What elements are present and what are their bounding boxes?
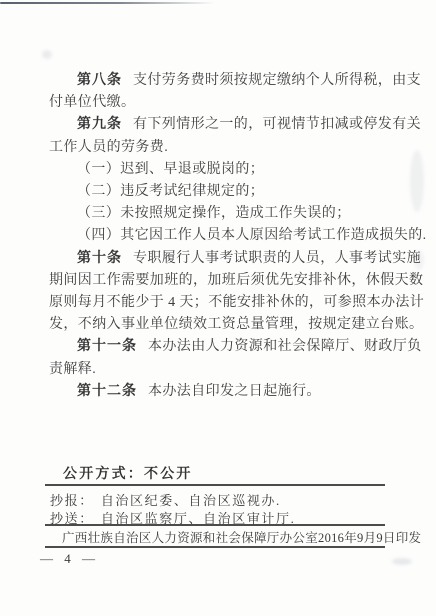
text-line: 本办法由人力资源和社会保障厅、财政厅负 xyxy=(148,339,422,354)
scan-smudge xyxy=(42,50,52,59)
text-line: 原则每月不能少于 4 天；不能安排补休的，可参照本办法计 xyxy=(49,295,424,310)
article-number: 第十一条 xyxy=(77,339,137,354)
footer-divider-bottom xyxy=(45,546,385,548)
scan-smudge xyxy=(392,558,412,565)
scanned-document-page: 第八条支付劳务费时须按规定缴纳个人所得税，由支 付单位代缴。 第九条有下列情形之… xyxy=(0,0,436,616)
article-10-line: 第十条专职履行人事考试职责的人员，人事考试实施 xyxy=(49,248,409,270)
article-8-line: 第八条支付劳务费时须按规定缴纳个人所得税，由支 xyxy=(49,70,409,92)
footer-divider-middle xyxy=(45,524,385,526)
text-line: 支付劳务费时须按规定缴纳个人所得税，由支 xyxy=(133,73,421,88)
scan-smudge xyxy=(410,150,424,212)
page-number: — 4 — xyxy=(40,551,99,567)
text-line: 工作人员的劳务费. xyxy=(49,140,168,155)
copy-report-label: 抄报： xyxy=(50,493,94,508)
article-12-line: 第十二条本办法自印发之日起施行。 xyxy=(49,381,409,403)
list-item-2: （二）违反考试纪律规定的； xyxy=(49,181,409,203)
copy-report-recipients: 自治区纪委、自治区巡视办. xyxy=(101,493,281,508)
text-line: 专职履行人事考试职责的人员，人事考试实施 xyxy=(133,251,421,266)
list-item-3: （三）未按照规定操作，造成工作失误的； xyxy=(49,203,409,225)
text-line: 有下列情形之一的，可视情节扣减或停发有关 xyxy=(133,117,421,132)
list-item-4: （四）其它因工作人员本人原因给考试工作造成损失的. xyxy=(49,225,409,247)
text-line: （一）迟到、早退或脱岗的； xyxy=(77,162,264,177)
article-number: 第八条 xyxy=(77,73,122,88)
disclosure-method-line: 公开方式：不公开 xyxy=(63,463,193,483)
copy-report-row: 抄报：自治区纪委、自治区巡视办. xyxy=(50,490,281,509)
article-number: 第十二条 xyxy=(77,384,137,399)
text-line: （二）违反考试纪律规定的； xyxy=(77,184,264,199)
text-line: 期间因工作需要加班的，加班后须优先安排补休，休假天数 xyxy=(49,273,423,288)
article-number: 第十条 xyxy=(77,251,122,266)
issuer-row: 广西壮族自治区人力资源和社会保障厅办公室 2016年9月9日印发 xyxy=(62,528,385,546)
article-11-line: 第十一条本办法由人力资源和社会保障厅、财政厅负 xyxy=(49,336,409,358)
text-line: 发，不纳入事业单位绩效工资总量管理，按规定建立台账。 xyxy=(49,317,423,332)
scan-edge-artifact xyxy=(0,2,215,4)
text-line: 原则每月不能少于 4 天；不能安排补休的，可参照本办法计 xyxy=(49,292,409,314)
text-line: 付单位代缴。 xyxy=(49,95,135,110)
text-line: （三）未按照规定操作，造成工作失误的； xyxy=(77,206,351,221)
list-item-1: （一）迟到、早退或脱岗的； xyxy=(49,159,409,181)
issuing-office: 广西壮族自治区人力资源和社会保障厅办公室 xyxy=(62,528,318,546)
text-line: 责解释. xyxy=(49,362,96,377)
text-line: 发，不纳入事业单位绩效工资总量管理，按规定建立台账。 xyxy=(49,314,409,336)
article-number: 第九条 xyxy=(77,117,122,132)
document-body: 第八条支付劳务费时须按规定缴纳个人所得税，由支 付单位代缴。 第九条有下列情形之… xyxy=(49,70,409,403)
footer-divider-top xyxy=(45,484,385,486)
text-line: 期间因工作需要加班的，加班后须优先安排补休，休假天数 xyxy=(49,270,409,292)
print-date: 2016年9月9日印发 xyxy=(318,528,421,546)
text-line: 本办法自印发之日起施行。 xyxy=(148,384,321,399)
text-line: （四）其它因工作人员本人原因给考试工作造成损失的. xyxy=(77,228,427,243)
text-line: 责解释. xyxy=(49,359,409,381)
text-line: 付单位代缴。 xyxy=(49,92,409,114)
article-9-line: 第九条有下列情形之一的，可视情节扣减或停发有关 xyxy=(49,114,409,136)
text-line: 工作人员的劳务费. xyxy=(49,137,409,159)
